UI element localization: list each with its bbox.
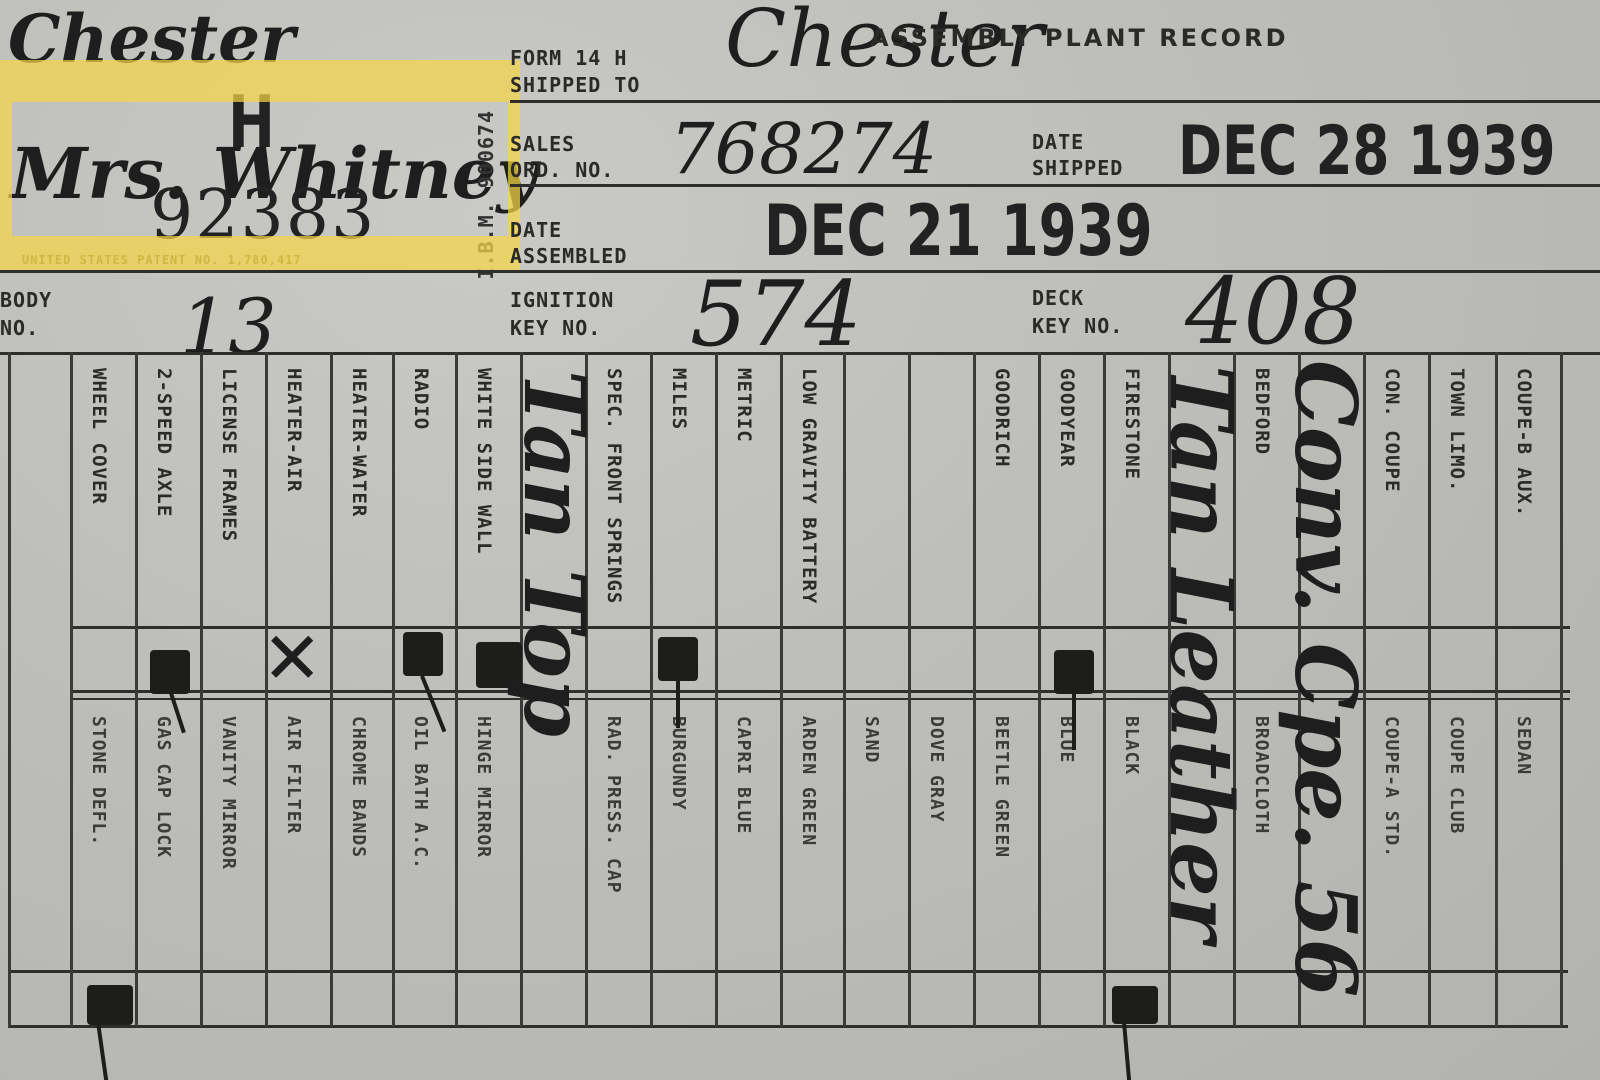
grid-column-rule	[1428, 352, 1431, 1027]
serial-number: 92383	[150, 176, 376, 255]
option-label: TOWN LIMO.	[1446, 368, 1468, 492]
option-label: LOW GRAVITY BATTERY	[798, 368, 820, 604]
grid-column-rule	[8, 352, 11, 1027]
grid-column-rule	[330, 352, 333, 1027]
assembly-plant-record-card: Chester H Mrs. Whitney 92383 UNITED STAT…	[0, 0, 1600, 1080]
body-no-label-2: NO.	[0, 316, 39, 340]
tick-tail-goodyear	[1072, 690, 1076, 750]
rule-sales	[510, 184, 1600, 187]
grid-column-rule	[973, 352, 976, 1027]
handwritten-dealer: Chester	[8, 0, 295, 78]
grid-column-rule	[650, 352, 653, 1027]
option-label: RAD. PRESS. CAP	[603, 716, 624, 894]
body-no-value: 13	[180, 282, 277, 371]
mark-miles	[658, 637, 698, 681]
option-label: BLACK	[1121, 716, 1142, 775]
option-label: AIR FILTER	[283, 716, 304, 834]
card-title: ASSEMBLY PLANT RECORD	[870, 24, 1289, 52]
deck-key-value: 408	[1185, 258, 1361, 365]
option-label: CAPRI BLUE	[733, 716, 754, 834]
mark-wheel-cover	[87, 985, 133, 1025]
patent-text: UNITED STATES PATENT NO. 1,780,417	[22, 253, 302, 267]
option-label: ARDEN GREEN	[798, 716, 819, 846]
date-assembled-label-1: DATE	[510, 218, 562, 242]
option-label: MILES	[668, 368, 690, 430]
option-label: WHEEL COVER	[88, 368, 110, 505]
deck-key-label-2: KEY NO.	[1032, 314, 1123, 338]
tick-tail-wheel-cover	[96, 1022, 108, 1080]
option-label: HEATER-AIR	[283, 368, 305, 492]
option-label: BEDFORD	[1251, 368, 1273, 455]
option-label: SEDAN	[1513, 716, 1534, 775]
grid-column-rule	[70, 352, 73, 1027]
shipped-to-label: SHIPPED TO	[510, 73, 640, 97]
sales-order-value: 768274	[670, 108, 937, 190]
mark-heater-air-x: ✕	[262, 616, 322, 700]
mark-goodyear	[1054, 650, 1094, 694]
option-label: FIRESTONE	[1121, 368, 1143, 480]
option-label: HEATER-WATER	[348, 368, 370, 517]
option-label: SAND	[861, 716, 882, 763]
option-label: BEETLE GREEN	[991, 716, 1012, 858]
option-label: CHROME BANDS	[348, 716, 369, 858]
ignition-key-label-1: IGNITION	[510, 288, 614, 312]
body-no-label-1: BODY	[0, 288, 52, 312]
option-label: DOVE GRAY	[926, 716, 947, 823]
option-label: GAS CAP LOCK	[153, 716, 174, 858]
date-shipped-value: DEC 28 1939	[1178, 112, 1556, 191]
grid-column-rule	[1495, 352, 1498, 1027]
grid-column-rule	[1103, 352, 1106, 1027]
rule-grid-bottom	[8, 1025, 1568, 1028]
handwritten-body-type-note: Conv. Cpe. 56	[1276, 360, 1375, 997]
grid-column-rule	[715, 352, 718, 1027]
option-label: WHITE SIDE WALL	[473, 368, 495, 555]
mark-radio	[403, 632, 443, 676]
option-label: RADIO	[410, 368, 432, 430]
grid-column-rule	[200, 352, 203, 1027]
ignition-key-label-2: KEY NO.	[510, 316, 601, 340]
option-label: OIL BATH A.C.	[410, 716, 431, 870]
handwritten-trim-note: Tan Leather	[1150, 365, 1251, 942]
option-label: METRIC	[733, 368, 755, 443]
tick-tail-firestone	[1122, 1022, 1131, 1080]
option-label: CON. COUPE	[1381, 368, 1403, 492]
handwritten-top-note: Tan Top	[505, 370, 604, 737]
date-assembled-value: DEC 21 1939	[764, 190, 1153, 272]
grid-column-rule	[392, 352, 395, 1027]
rule-shipped	[510, 100, 1600, 103]
ibm-number-text: I.B.M. 900674	[474, 110, 498, 280]
grid-column-rule	[1038, 352, 1041, 1027]
deck-key-label-1: DECK	[1032, 286, 1084, 310]
mark-2-speed-axle	[150, 650, 190, 694]
option-label: BROADCLOTH	[1251, 716, 1272, 834]
option-label: GOODRICH	[991, 368, 1013, 468]
option-label: 2-SPEED AXLE	[153, 368, 175, 517]
date-shipped-label-1: DATE	[1032, 130, 1084, 154]
grid-column-rule	[135, 352, 138, 1027]
grid-column-rule	[908, 352, 911, 1027]
sales-order-label-1: SALES	[510, 132, 575, 156]
option-label: GOODYEAR	[1056, 368, 1078, 468]
option-label: LICENSE FRAMES	[218, 368, 240, 542]
grid-column-rule	[1560, 352, 1563, 1027]
grid-column-rule	[780, 352, 783, 1027]
mark-firestone	[1112, 986, 1158, 1024]
option-label: BURGUNDY	[668, 716, 689, 811]
option-label: COUPE CLUB	[1446, 716, 1467, 834]
ibm-number: I.B.M. 900674	[474, 110, 498, 280]
tick-tail-miles	[676, 678, 680, 728]
option-label: COUPE-A STD.	[1381, 716, 1402, 858]
option-label: VANITY MIRROR	[218, 716, 239, 870]
option-label: HINGE MIRROR	[473, 716, 494, 858]
option-label: STONE DEFL.	[88, 716, 109, 846]
grid-column-rule	[843, 352, 846, 1027]
form-number: FORM 14 H	[510, 46, 627, 70]
grid-column-rule	[455, 352, 458, 1027]
date-assembled-label-2: ASSEMBLED	[510, 244, 627, 268]
rule-grid-top	[0, 352, 1600, 355]
date-shipped-label-2: SHIPPED	[1032, 156, 1123, 180]
option-label: COUPE-B AUX.	[1513, 368, 1535, 517]
option-label: SPEC. FRONT SPRINGS	[603, 368, 625, 604]
sales-order-label-2: ORD. NO.	[510, 158, 614, 182]
